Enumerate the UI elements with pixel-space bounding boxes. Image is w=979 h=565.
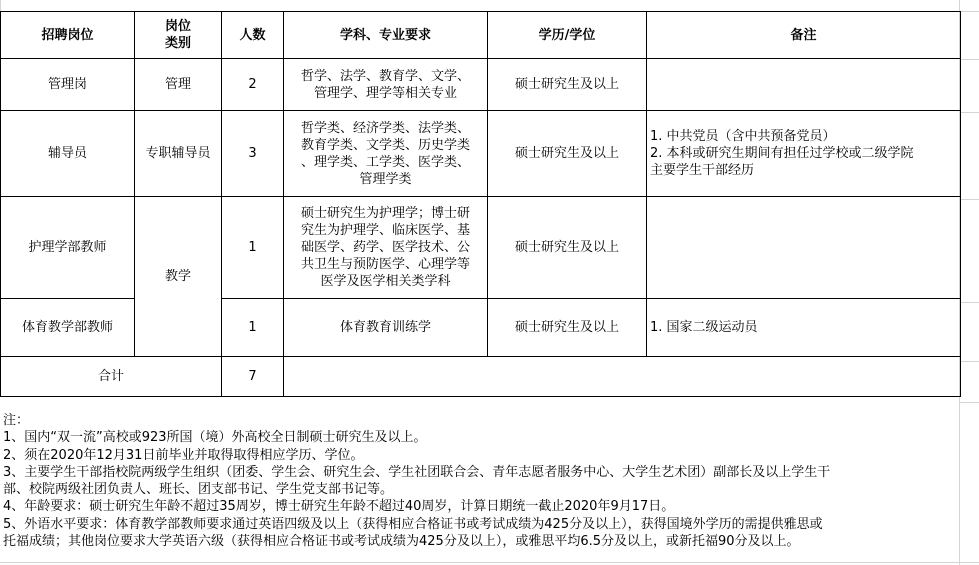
- cell-major[interactable]: 哲学、法学、教育学、文学、 管理学、理学等相关专业: [284, 59, 488, 111]
- cell-text-line: 硕士研究生为护理学；博士研: [287, 205, 484, 222]
- cell-major[interactable]: 硕士研究生为护理学；博士研 究生为护理学、临床医学、基 础医学、药学、医学技术、…: [284, 197, 488, 299]
- note-line: 5、外语水平要求：体育教学部教师要求通过英语四级及以上（获得相应合格证书或考试成…: [3, 516, 958, 533]
- cell-text-line: 体育教育训练学: [287, 319, 484, 336]
- cell-count[interactable]: 2: [222, 59, 284, 111]
- header-major[interactable]: 学科、专业要求: [284, 12, 488, 59]
- cell-degree[interactable]: 硕士研究生及以上: [488, 197, 647, 299]
- gridline: [959, 59, 979, 60]
- cell-text-line: 管理学类: [287, 171, 484, 188]
- cell-degree[interactable]: 硕士研究生及以上: [488, 111, 647, 197]
- cell-major[interactable]: 体育教育训练学: [284, 299, 488, 357]
- cell-degree[interactable]: 硕士研究生及以上: [488, 299, 647, 357]
- cell-remarks[interactable]: 1. 国家二级运动员: [647, 299, 961, 357]
- cell-remarks[interactable]: [647, 59, 961, 111]
- gridline: [959, 361, 979, 362]
- table-row: 管理岗 管理 2 哲学、法学、教育学、文学、 管理学、理学等相关专业 硕士研究生…: [1, 59, 961, 111]
- note-line: 2、须在2020年12月31日前毕业并取得取得相应学历、学位。: [3, 447, 958, 464]
- recruitment-table: 招聘岗位 岗位 类别 人数 学科、专业要求 学历/学位 备注 管理岗 管理 2 …: [0, 11, 961, 397]
- cell-total-count[interactable]: 7: [222, 357, 284, 397]
- header-remarks[interactable]: 备注: [647, 12, 961, 59]
- header-category-line2: 类别: [137, 35, 219, 52]
- note-line: 4、年龄要求：硕士研究生年龄不超过35周岁，博士研究生年龄不超过40周岁，计算日…: [3, 498, 958, 515]
- notes-title: 注：: [3, 412, 958, 429]
- cell-text-line: 教育学类、文学类、历史学类: [287, 137, 484, 154]
- gridline: [959, 302, 979, 303]
- gridline: [959, 402, 979, 403]
- spreadsheet-view: 招聘岗位 岗位 类别 人数 学科、专业要求 学历/学位 备注 管理岗 管理 2 …: [0, 0, 979, 565]
- cell-degree[interactable]: 硕士研究生及以上: [488, 59, 647, 111]
- header-count[interactable]: 人数: [222, 12, 284, 59]
- header-category[interactable]: 岗位 类别: [135, 12, 222, 59]
- gridline: [0, 562, 979, 563]
- cell-category[interactable]: 管理: [135, 59, 222, 111]
- table-header-row: 招聘岗位 岗位 类别 人数 学科、专业要求 学历/学位 备注: [1, 12, 961, 59]
- cell-text-line: 医学及医学相关类学科: [287, 273, 484, 290]
- gridline: [959, 11, 979, 12]
- header-degree[interactable]: 学历/学位: [488, 12, 647, 59]
- gridline: [0, 0, 1, 11]
- cell-text-line: 、理学类、工学类、医学类、: [287, 154, 484, 171]
- cell-text-line: 哲学类、经济学类、法学类、: [287, 120, 484, 137]
- cell-text-line: 究生为护理学、临床医学、基: [287, 222, 484, 239]
- note-line: 3、主要学生干部指校院两级学生组织（团委、学生会、研究生会、学生社团联合会、青年…: [3, 464, 958, 481]
- header-category-line1: 岗位: [137, 18, 219, 35]
- cell-text-line: 主要学生干部经历: [650, 162, 958, 179]
- cell-total-empty[interactable]: [284, 357, 961, 397]
- note-line: 托福成绩；其他岗位要求大学英语六级（获得相应合格证书或考试成绩为425分及以上）…: [3, 533, 958, 550]
- cell-text-line: 础医学、药学、医学技术、公: [287, 239, 484, 256]
- cell-text-line: 管理学、理学等相关专业: [287, 85, 484, 102]
- cell-position[interactable]: 辅导员: [1, 111, 135, 197]
- cell-text-line: 1. 国家二级运动员: [650, 319, 958, 336]
- cell-position[interactable]: 护理学部教师: [1, 197, 135, 299]
- table-row: 护理学部教师 教学 1 硕士研究生为护理学；博士研 究生为护理学、临床医学、基 …: [1, 197, 961, 299]
- table-total-row: 合计 7: [1, 357, 961, 397]
- cell-remarks[interactable]: [647, 197, 961, 299]
- cell-text-line: 共卫生与预防医学、心理学等: [287, 256, 484, 273]
- cell-text-line: 哲学、法学、教育学、文学、: [287, 68, 484, 85]
- note-line: 1、国内“双一流”高校或923所国（境）外高校全日制硕士研究生及以上。: [3, 429, 958, 446]
- cell-total-label[interactable]: 合计: [1, 357, 222, 397]
- gridline: [959, 112, 979, 113]
- notes-section[interactable]: 注： 1、国内“双一流”高校或923所国（境）外高校全日制硕士研究生及以上。 2…: [3, 412, 958, 550]
- cell-count[interactable]: 1: [222, 299, 284, 357]
- header-position[interactable]: 招聘岗位: [1, 12, 135, 59]
- gridline: [959, 199, 979, 200]
- cell-count[interactable]: 1: [222, 197, 284, 299]
- table-row: 辅导员 专职辅导员 3 哲学类、经济学类、法学类、 教育学类、文学类、历史学类 …: [1, 111, 961, 197]
- cell-category[interactable]: 专职辅导员: [135, 111, 222, 197]
- cell-remarks[interactable]: 1. 中共党员（含中共预备党员） 2. 本科或研究生期间有担任过学校或二级学院 …: [647, 111, 961, 197]
- cell-category-merged[interactable]: 教学: [135, 197, 222, 357]
- cell-text-line: 2. 本科或研究生期间有担任过学校或二级学院: [650, 145, 958, 162]
- cell-text-line: 1. 中共党员（含中共预备党员）: [650, 128, 958, 145]
- note-line: 部、校院两级社团负责人、班长、团支部书记、学生党支部书记等。: [3, 481, 958, 498]
- cell-count[interactable]: 3: [222, 111, 284, 197]
- cell-major[interactable]: 哲学类、经济学类、法学类、 教育学类、文学类、历史学类 、理学类、工学类、医学类…: [284, 111, 488, 197]
- cell-position[interactable]: 体育教学部教师: [1, 299, 135, 357]
- cell-position[interactable]: 管理岗: [1, 59, 135, 111]
